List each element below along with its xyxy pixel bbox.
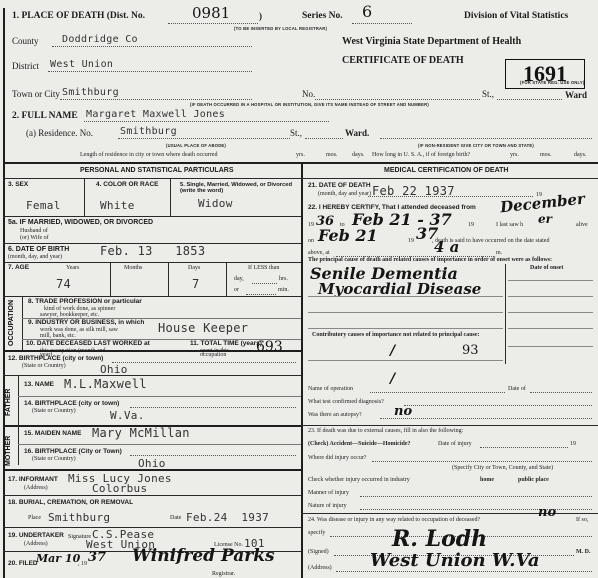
total-time-value: 693 xyxy=(256,340,283,354)
occupation-related-value: no xyxy=(538,506,556,519)
division-title: Division of Vital Statistics xyxy=(464,12,568,22)
sex-value: Femal xyxy=(26,200,61,211)
county-value: Doddridge Co xyxy=(62,35,138,45)
father-birthplace: W.Va. xyxy=(110,410,145,421)
mother-maiden-name: Mary McMillan xyxy=(92,427,190,439)
age-years: 74 xyxy=(56,278,71,290)
medical-section-title: MEDICAL CERTIFICATION OF DEATH xyxy=(384,167,508,174)
physician-signature: R. Lodh xyxy=(392,528,487,550)
date-of-death: Feb 22 1937 xyxy=(372,185,455,197)
last-saw-date: Feb 21 xyxy=(318,228,378,244)
contributory-mark: / xyxy=(390,344,395,358)
personal-section-title: PERSONAL AND STATISTICAL PARTICULARS xyxy=(80,167,233,174)
dob-value: Feb. 13 1853 xyxy=(100,245,205,257)
race-value: White xyxy=(100,200,135,211)
burial-date: Feb.24 1937 xyxy=(186,512,269,523)
full-name-label: 2. FULL NAME xyxy=(12,112,78,122)
full-name: Margaret Maxwell Jones xyxy=(86,110,225,120)
burial-place: Smithburg xyxy=(48,512,110,523)
dist-note: (TO BE INSERTED BY LOCAL REGISTRAR) xyxy=(234,27,327,31)
contributory-note: 93 xyxy=(462,344,479,357)
time-of-death: 4 a xyxy=(434,240,459,255)
industry-value: House Keeper xyxy=(158,322,248,334)
hospital-note: (IF DEATH OCCURRED IN A HOSPITAL OR INST… xyxy=(190,103,429,107)
mother-birthplace: Ohio xyxy=(138,458,166,469)
occupation-side-label: OCCUPATION xyxy=(8,300,15,346)
filed-year: 37 xyxy=(88,551,106,564)
district-label: District xyxy=(12,62,39,71)
mother-side-label: MOTHER xyxy=(5,436,12,466)
place-of-death-label: 1. PLACE OF DEATH (Dist. No. xyxy=(12,12,145,22)
left-border xyxy=(3,8,5,578)
death-certificate: 1. PLACE OF DEATH (Dist. No. 0981 ) (TO … xyxy=(0,0,598,578)
district-value: West Union xyxy=(50,60,113,70)
age-days: 7 xyxy=(192,278,200,290)
center-divider xyxy=(301,162,303,578)
informant-address: Colorbus xyxy=(92,483,147,494)
father-name: M.L.Maxwell xyxy=(64,378,147,390)
series-label: Series No. xyxy=(302,12,343,22)
father-side-label: FATHER xyxy=(5,389,12,416)
filed-date: Mar 10 xyxy=(36,553,80,564)
birthplace-value: Ohio xyxy=(100,364,128,375)
dist-no: 0981 xyxy=(192,6,230,21)
physician-address: West Union W.Va xyxy=(370,552,540,570)
town-value: Smithburg xyxy=(62,88,119,98)
series-no: 6 xyxy=(362,4,372,20)
department-title: West Virginia State Department of Health xyxy=(342,37,521,47)
registrar-signature: Winifred Parks xyxy=(132,548,275,565)
last-saw-pronoun: er xyxy=(538,213,552,225)
county-label: County xyxy=(12,37,39,46)
marital-value: Widow xyxy=(198,198,233,209)
certificate-title: CERTIFICATE OF DEATH xyxy=(342,56,464,66)
state-reg-note: (FOR STATE REG. USE ONLY) xyxy=(520,81,584,85)
town-label: Town or City xyxy=(12,90,60,99)
cause-2: Myocardial Disease xyxy=(318,282,481,297)
autopsy-value: no xyxy=(394,405,412,418)
residence: Smithburg xyxy=(120,127,177,137)
